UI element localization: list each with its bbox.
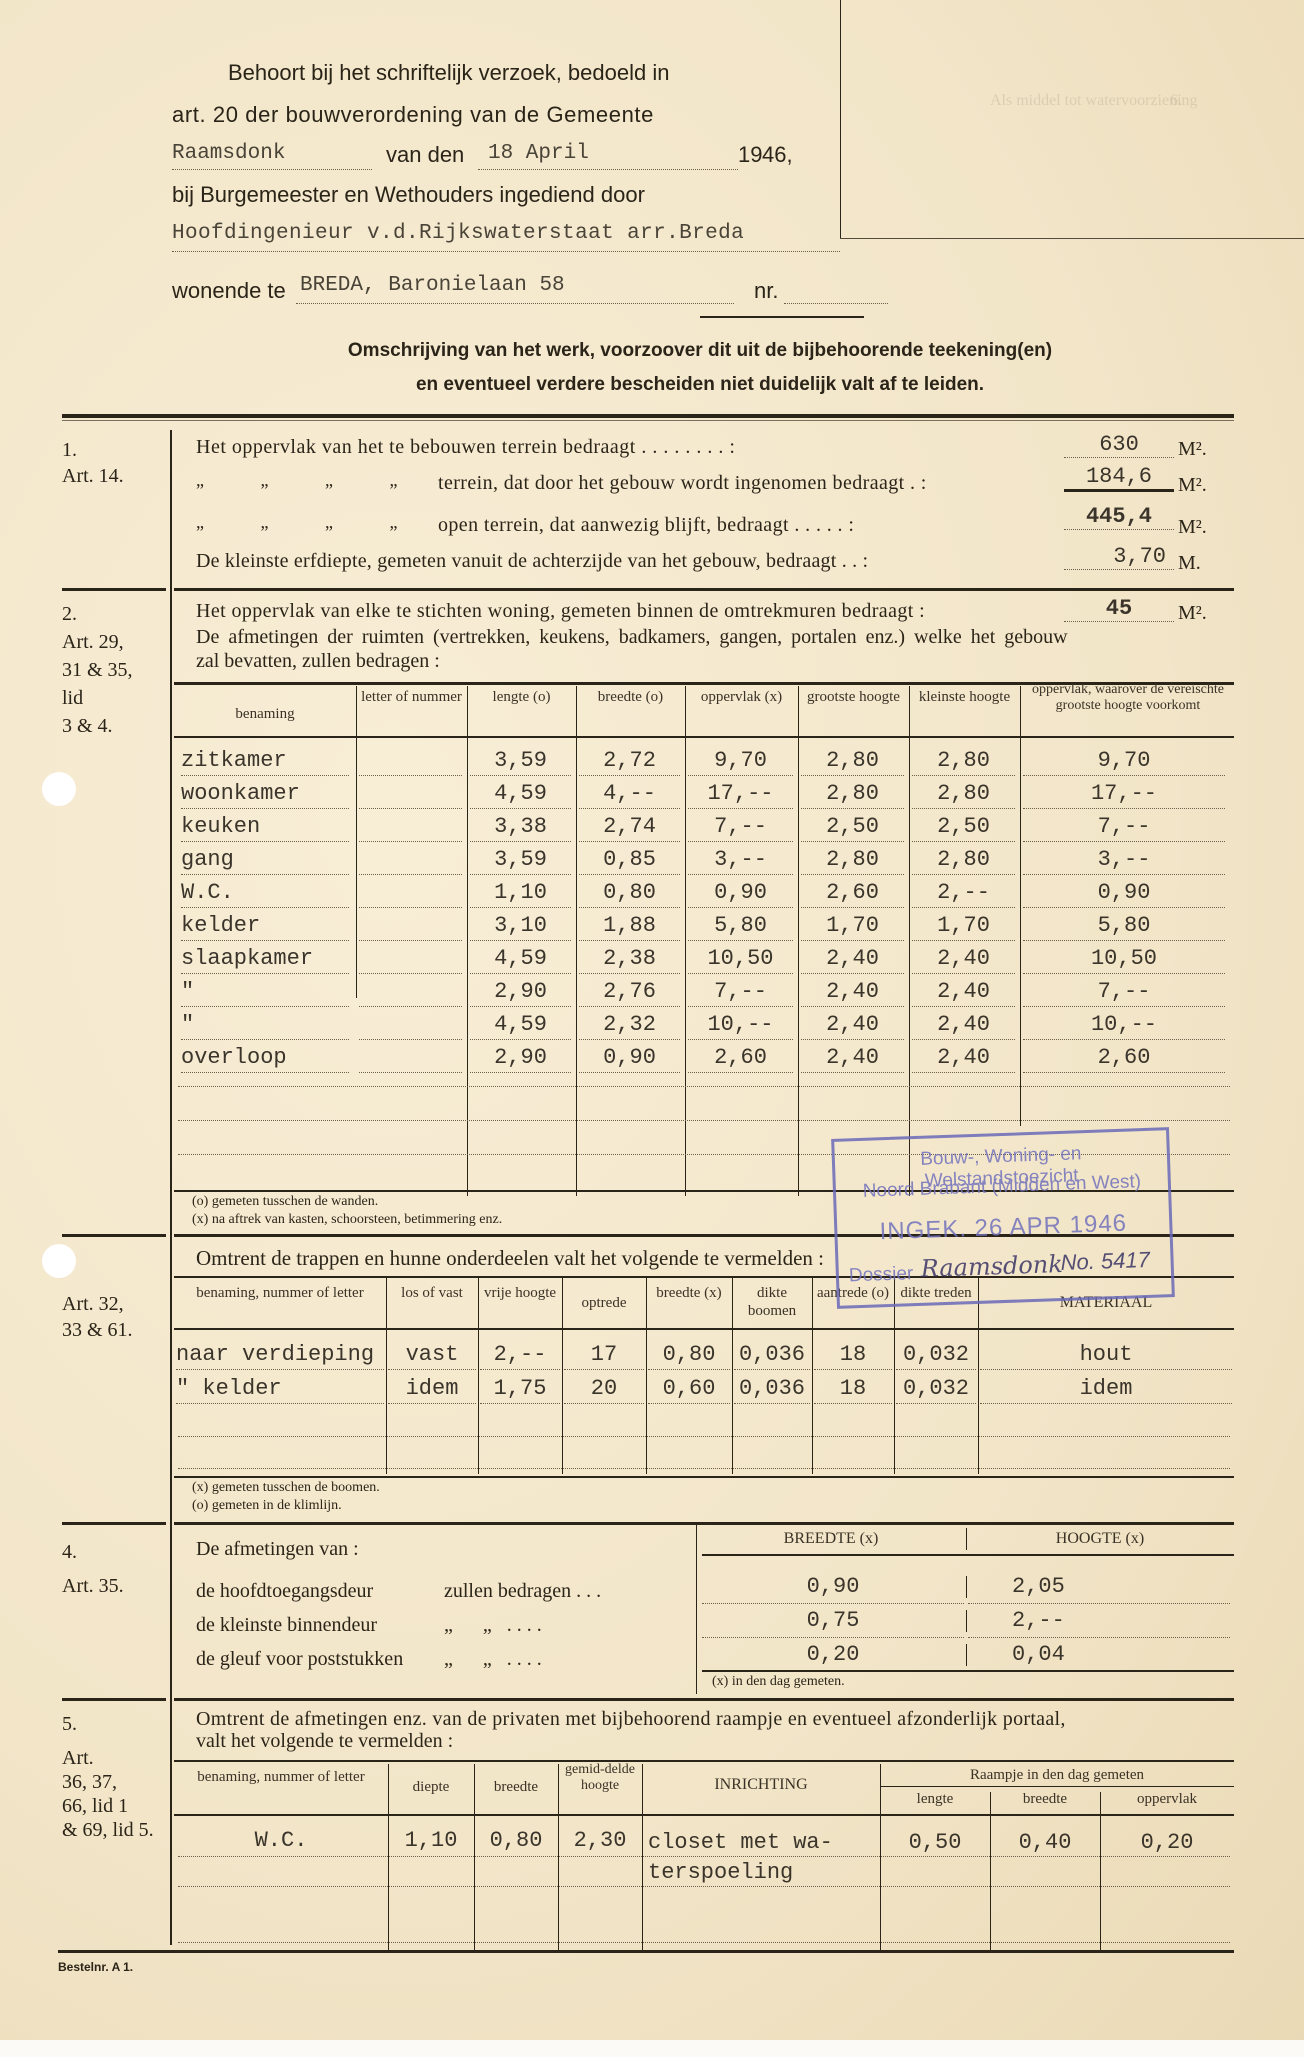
s5-cell-r-oppervlak: 0,20	[1100, 1830, 1234, 1855]
room-cell-oppervlak: 10,50	[688, 944, 793, 974]
s2-intro: Het oppervlak van elke te stichten wonin…	[196, 600, 925, 623]
col-divider	[356, 686, 357, 998]
address-line: wonende te BREDA, Baronielaan 58 nr.	[172, 274, 892, 306]
bleed-through-text: Als middel tot watervoorziening	[990, 92, 1198, 110]
stair-cell-dikte_treden: 0,032	[896, 1340, 976, 1370]
room-cell-opp_max: 3,--	[1023, 845, 1225, 875]
s2-intro-3: zal bevatten, zullen bedragen :	[196, 650, 440, 673]
s1-row-4-value: 3,70	[1064, 544, 1174, 570]
room-cell-oppervlak: 2,60	[688, 1043, 793, 1073]
door-suffix: „ „ . . . .	[444, 1614, 542, 1637]
room-cell-kleinste: 2,40	[912, 1010, 1015, 1040]
stair-cell-vrije_hoogte: 1,75	[480, 1374, 560, 1404]
s2-intro-unit: M².	[1178, 602, 1207, 625]
room-cell-opp_max: 17,--	[1023, 779, 1225, 809]
description-title-2: en eventueel verdere bescheiden niet dui…	[0, 374, 1304, 396]
s1-row-1-label: Het oppervlak van het te bebouwen terrei…	[196, 436, 1016, 459]
door-suffix: „ „ . . . .	[444, 1648, 542, 1671]
received-stamp: Bouw-, Woning- en Welstandstoezicht Noor…	[831, 1127, 1175, 1309]
bleed-through-text: 6.	[1170, 92, 1182, 110]
room-cell-opp_max: 9,70	[1023, 746, 1225, 776]
row-dotline	[178, 1436, 1230, 1437]
s1-row-2-unit: M².	[1178, 474, 1207, 497]
year-suffix: 46,	[762, 142, 793, 168]
s3-footnote-2: (o) gemeten in de klimlijn.	[192, 1498, 342, 1514]
s3-col-optrede: optrede	[562, 1294, 646, 1312]
room-cell-letter	[359, 1010, 462, 1040]
col-divider	[966, 1528, 967, 1550]
col-header-grootste: grootste hoogte	[798, 688, 909, 706]
col-divider	[1020, 686, 1021, 1126]
s1-row-4-unit: M.	[1178, 552, 1201, 575]
section1-article: Art. 14.	[62, 462, 124, 490]
stamp-signature: Raamsdonk	[920, 1250, 1063, 1283]
col-header-oppervlak: oppervlak (x)	[685, 688, 798, 706]
s3-col-breedte: breedte (x)	[646, 1284, 732, 1302]
s1-row-1-value: 630	[1064, 432, 1174, 458]
room-cell-oppervlak: 3,--	[688, 845, 793, 875]
stamp-dossier-number: No. 5417	[1060, 1247, 1150, 1276]
room-cell-lengte: 3,10	[470, 911, 571, 941]
col-header-benaming: benaming	[174, 700, 356, 728]
s5-col-breedte: breedte	[474, 1778, 558, 1796]
s5-col-diepte: diepte	[388, 1778, 474, 1796]
room-cell-opp_max: 10,50	[1023, 944, 1225, 974]
section5-number: 5.	[62, 1710, 77, 1738]
row-dotline	[178, 1120, 1230, 1121]
stair-cell-aantrede: 18	[814, 1374, 892, 1404]
section2-article-1: Art. 29,	[62, 628, 124, 656]
section1-number: 1.	[62, 436, 77, 464]
room-cell-breedte: 0,80	[579, 878, 680, 908]
room-cell-lengte: 4,59	[470, 944, 571, 974]
section-rule	[62, 1522, 166, 1525]
door-hoogte: 2,--	[968, 1608, 1230, 1638]
room-cell-benaming: woonkamer	[181, 779, 349, 809]
stair-cell-materiaal: hout	[980, 1340, 1232, 1370]
section-rule	[62, 588, 166, 591]
section4-article: Art. 35.	[62, 1572, 124, 1600]
nr-label: nr.	[754, 278, 778, 304]
s5-cell-r-breedte: 0,40	[990, 1830, 1100, 1855]
door-hoogte: 0,04	[968, 1642, 1230, 1672]
door-suffix: zullen bedragen . . .	[444, 1580, 601, 1603]
table-header-rule	[174, 1328, 1234, 1330]
s2-intro-2: De afmetingen der ruimten (vertrekken, k…	[196, 626, 1068, 649]
stair-cell-benaming: naar verdieping	[176, 1340, 384, 1370]
room-cell-benaming: gang	[181, 845, 349, 875]
room-cell-breedte: 0,90	[579, 1043, 680, 1073]
room-cell-benaming: slaapkamer	[181, 944, 349, 974]
room-cell-grootste: 2,60	[801, 878, 904, 908]
s5-col-hoogte: gemid-delde hoogte	[558, 1762, 642, 1794]
year-prefix: 19	[738, 142, 762, 168]
room-cell-lengte: 2,90	[470, 1043, 571, 1073]
room-cell-lengte: 1,10	[470, 878, 571, 908]
col-header-letter: letter of nummer	[356, 688, 467, 706]
room-cell-kleinste: 2,80	[912, 845, 1015, 875]
col-header-opp-max: oppervlak, waarover de vereischte groots…	[1026, 682, 1230, 714]
room-cell-grootste: 2,40	[801, 1010, 904, 1040]
room-cell-grootste: 2,80	[801, 779, 904, 809]
stair-cell-optrede: 17	[564, 1340, 644, 1370]
address-field: BREDA, Baronielaan 58	[296, 274, 734, 304]
room-cell-breedte: 1,88	[579, 911, 680, 941]
s2-footnote-2: (x) na aftrek van kasten, schoorsteen, b…	[192, 1212, 502, 1228]
stair-cell-dikte_boomen: 0,036	[734, 1374, 810, 1404]
section4-number: 4.	[62, 1538, 77, 1566]
room-cell-lengte: 4,59	[470, 779, 571, 809]
room-cell-letter	[359, 1043, 462, 1073]
room-cell-letter	[359, 812, 462, 842]
room-cell-benaming: "	[181, 977, 349, 1007]
room-cell-benaming: W.C.	[181, 878, 349, 908]
room-cell-grootste: 2,40	[801, 1043, 904, 1073]
room-cell-lengte: 3,59	[470, 845, 571, 875]
header-rule	[700, 316, 864, 318]
nr-field	[784, 274, 888, 304]
section-rule	[174, 588, 1234, 591]
col-divider	[696, 1524, 697, 1694]
s4-footnote: (x) in den dag gemeten.	[712, 1674, 845, 1690]
room-cell-breedte: 2,38	[579, 944, 680, 974]
table-header-rule	[174, 1814, 1234, 1816]
section-rule	[62, 414, 1234, 418]
room-cell-letter	[359, 977, 462, 1007]
room-cell-opp_max: 2,60	[1023, 1043, 1225, 1073]
room-cell-benaming: kelder	[181, 911, 349, 941]
row-dotline	[178, 1942, 1230, 1943]
gemeente-field: Raamsdonk	[172, 142, 372, 170]
room-cell-letter	[359, 845, 462, 875]
room-cell-letter	[359, 911, 462, 941]
room-cell-benaming: zitkamer	[181, 746, 349, 776]
s5-cell-breedte: 0,80	[474, 1828, 558, 1853]
room-cell-benaming: "	[181, 1010, 349, 1040]
s1-row-4-label: De kleinste erfdiepte, gemeten vanuit de…	[196, 550, 868, 573]
s5-raampje-oppervlak: oppervlak	[1100, 1790, 1234, 1808]
room-cell-grootste: 2,80	[801, 746, 904, 776]
s4-col-breedte: BREEDTE (x)	[696, 1530, 966, 1548]
room-cell-grootste: 2,40	[801, 977, 904, 1007]
room-cell-oppervlak: 7,--	[688, 977, 793, 1007]
room-cell-letter	[359, 878, 462, 908]
s5-cell-diepte: 1,10	[388, 1828, 474, 1853]
col-divider	[478, 1276, 479, 1474]
s2-footnote-1: (o) gemeten tusschen de wanden.	[192, 1194, 378, 1210]
s5-raampje-group: Raampje in den dag gemeten	[880, 1766, 1234, 1784]
stair-cell-breedte: 0,80	[648, 1340, 730, 1370]
room-cell-breedte: 2,74	[579, 812, 680, 842]
room-cell-oppervlak: 7,--	[688, 812, 793, 842]
s1-row-3-ditto: „ „ „ „	[196, 512, 426, 533]
col-divider	[812, 1276, 813, 1474]
col-header-kleinste: kleinste hoogte	[909, 688, 1020, 706]
room-cell-oppervlak: 0,90	[688, 878, 793, 908]
intro-line-3: Raamsdonk van den 18 April 19 46,	[172, 142, 812, 172]
section3-article-2: 33 & 61.	[62, 1316, 133, 1344]
s3-col-benaming: benaming, nummer of letter	[174, 1284, 386, 1302]
intro-line-2: art. 20 der bouwverordening van de Gemee…	[172, 102, 654, 128]
header-divider-h	[840, 238, 1304, 239]
room-cell-breedte: 2,32	[579, 1010, 680, 1040]
room-cell-kleinste: 2,40	[912, 944, 1015, 974]
col-header-breedte: breedte (o)	[576, 688, 685, 706]
room-cell-grootste: 2,80	[801, 845, 904, 875]
room-cell-grootste: 2,50	[801, 812, 904, 842]
s5-cell-r-lengte: 0,50	[880, 1830, 990, 1855]
section5-article-4: & 69, lid 5.	[62, 1816, 154, 1844]
room-cell-opp_max: 0,90	[1023, 878, 1225, 908]
room-cell-letter	[359, 944, 462, 974]
col-divider	[966, 1576, 967, 1598]
row-dotline	[178, 1886, 1230, 1887]
section-rule	[62, 1698, 166, 1701]
intro-line-4: bij Burgemeester en Wethouders ingediend…	[172, 182, 645, 208]
door-label: de kleinste binnendeur	[196, 1614, 377, 1637]
s3-col-vrije-hoogte: vrije hoogte	[478, 1284, 562, 1302]
room-cell-oppervlak: 10,--	[688, 1010, 793, 1040]
stair-cell-dikte_treden: 0,032	[896, 1374, 976, 1404]
door-label: de gleuf voor poststukken	[196, 1648, 403, 1671]
page-edge	[0, 2040, 1304, 2057]
s5-col-benaming: benaming, nummer of letter	[174, 1768, 388, 1786]
room-cell-kleinste: 2,--	[912, 878, 1015, 908]
stair-cell-los_vast: vast	[388, 1340, 476, 1370]
s5-cell-inrichting-2: terspoeling	[648, 1860, 880, 1885]
s5-raampje-lengte: lengte	[880, 1790, 990, 1808]
col-divider	[646, 1276, 647, 1474]
room-cell-lengte: 2,90	[470, 977, 571, 1007]
s5-cell-hoogte: 2,30	[558, 1828, 642, 1853]
row-dotline	[178, 1856, 1230, 1857]
header-divider	[840, 0, 841, 238]
room-cell-lengte: 4,59	[470, 1010, 571, 1040]
room-cell-kleinste: 2,40	[912, 977, 1015, 1007]
s3-intro: Omtrent de trappen en hunne onderdeelen …	[196, 1246, 824, 1271]
s5-intro-2: valt het volgende te vermelden :	[196, 1730, 453, 1753]
table-rule	[702, 1670, 1234, 1672]
section-rule	[174, 1522, 1234, 1525]
section-rule	[62, 1234, 166, 1237]
stair-cell-vrije_hoogte: 2,--	[480, 1340, 560, 1370]
row-dotline	[178, 1086, 1230, 1087]
description-title-1: Omschrijving van het werk, voorzoover di…	[0, 340, 1304, 362]
room-cell-oppervlak: 17,--	[688, 779, 793, 809]
room-cell-breedte: 0,85	[579, 845, 680, 875]
section-rule	[62, 420, 1234, 421]
s3-col-los-vast: los of vast	[386, 1284, 478, 1302]
room-cell-benaming: overloop	[181, 1043, 349, 1073]
col-divider	[966, 1644, 967, 1666]
s1-row-2-label: terrein, dat door het gebouw wordt ingen…	[438, 472, 927, 495]
margin-divider	[170, 430, 172, 1945]
stamp-date: INGEK. 26 APR 1946	[843, 1208, 1164, 1247]
room-cell-lengte: 3,38	[470, 812, 571, 842]
room-cell-breedte: 4,--	[579, 779, 680, 809]
row-dotline	[178, 1468, 1230, 1469]
s1-row-3-unit: M².	[1178, 516, 1207, 539]
section2-article-3: lid	[62, 684, 83, 712]
table-header-rule	[702, 1554, 1234, 1556]
intro-line-1: Behoort bij het schriftelijk verzoek, be…	[228, 60, 669, 86]
form-code: Bestelnr. A 1.	[58, 1960, 133, 1974]
punch-hole	[42, 772, 76, 806]
date-field: 18 April	[478, 142, 738, 170]
room-cell-grootste: 2,40	[801, 944, 904, 974]
room-cell-breedte: 2,72	[579, 746, 680, 776]
stair-cell-benaming: " kelder	[176, 1374, 384, 1404]
s5-cell-inrichting-1: closet met wa-	[648, 1830, 880, 1855]
s1-row-1-unit: M².	[1178, 438, 1207, 461]
s1-row-2-value: 184,6	[1064, 464, 1174, 492]
room-cell-kleinste: 2,80	[912, 779, 1015, 809]
room-cell-kleinste: 2,80	[912, 746, 1015, 776]
stamp-dossier-label: Dossier	[849, 1263, 914, 1287]
stair-cell-materiaal: idem	[980, 1374, 1232, 1404]
room-cell-kleinste: 2,40	[912, 1043, 1015, 1073]
room-cell-oppervlak: 5,80	[688, 911, 793, 941]
room-cell-letter	[359, 746, 462, 776]
room-cell-breedte: 2,76	[579, 977, 680, 1007]
room-cell-lengte: 3,59	[470, 746, 571, 776]
stair-cell-breedte: 0,60	[648, 1374, 730, 1404]
door-breedte: 0,20	[702, 1642, 964, 1672]
section2-article-2: 31 & 35,	[62, 656, 133, 684]
col-divider	[386, 1276, 387, 1474]
room-cell-benaming: keuken	[181, 812, 349, 842]
room-cell-opp_max: 5,80	[1023, 911, 1225, 941]
col-header-lengte: lengte (o)	[467, 688, 576, 706]
s1-row-3-label: open terrein, dat aanwezig blijft, bedra…	[438, 514, 854, 537]
room-cell-kleinste: 1,70	[912, 911, 1015, 941]
section-rule	[174, 1698, 1234, 1701]
s5-raampje-breedte: breedte	[990, 1790, 1100, 1808]
s5-cell-benaming: W.C.	[174, 1828, 388, 1856]
punch-hole	[42, 1244, 76, 1278]
stair-cell-aantrede: 18	[814, 1340, 892, 1370]
room-cell-opp_max: 7,--	[1023, 812, 1225, 842]
table-rule	[174, 1476, 1234, 1478]
applicant-field: Hoofdingenieur v.d.Rijkswaterstaat arr.B…	[172, 222, 840, 252]
s5-intro-1: Omtrent de afmetingen enz. van de privat…	[196, 1708, 1066, 1731]
s1-row-2-ditto: „ „ „ „	[196, 470, 426, 491]
room-cell-opp_max: 7,--	[1023, 977, 1225, 1007]
s5-col-inrichting: INRICHTING	[642, 1776, 880, 1794]
door-breedte: 0,75	[702, 1608, 964, 1638]
table-header-rule	[174, 736, 1234, 738]
s2-intro-value: 45	[1064, 596, 1174, 622]
door-breedte: 0,90	[702, 1574, 964, 1604]
s4-col-hoogte: HOOGTE (x)	[966, 1530, 1234, 1548]
room-cell-grootste: 1,70	[801, 911, 904, 941]
group-rule	[880, 1786, 1234, 1787]
col-divider	[966, 1610, 967, 1632]
section2-article-4: 3 & 4.	[62, 712, 113, 740]
section2-number: 2.	[62, 600, 77, 628]
room-cell-kleinste: 2,50	[912, 812, 1015, 842]
door-label: de hoofdtoegangsdeur	[196, 1580, 373, 1603]
stair-cell-los_vast: idem	[388, 1374, 476, 1404]
wonende-label: wonende te	[172, 278, 286, 304]
footer-rule	[58, 1950, 1234, 1953]
s3-footnote-1: (x) gemeten tusschen de boomen.	[192, 1480, 380, 1496]
door-hoogte: 2,05	[968, 1574, 1230, 1604]
room-cell-oppervlak: 9,70	[688, 746, 793, 776]
s1-row-3-value: 445,4	[1064, 504, 1174, 530]
room-cell-letter	[359, 779, 462, 809]
van-den-label: van den	[386, 142, 464, 168]
stair-cell-optrede: 20	[564, 1374, 644, 1404]
section3-article-1: Art. 32,	[62, 1290, 124, 1318]
s4-intro: De afmetingen van :	[196, 1538, 359, 1561]
s3-col-dikte-boomen: dikte boomen	[732, 1284, 812, 1320]
room-cell-opp_max: 10,--	[1023, 1010, 1225, 1040]
stair-cell-dikte_boomen: 0,036	[734, 1340, 810, 1370]
